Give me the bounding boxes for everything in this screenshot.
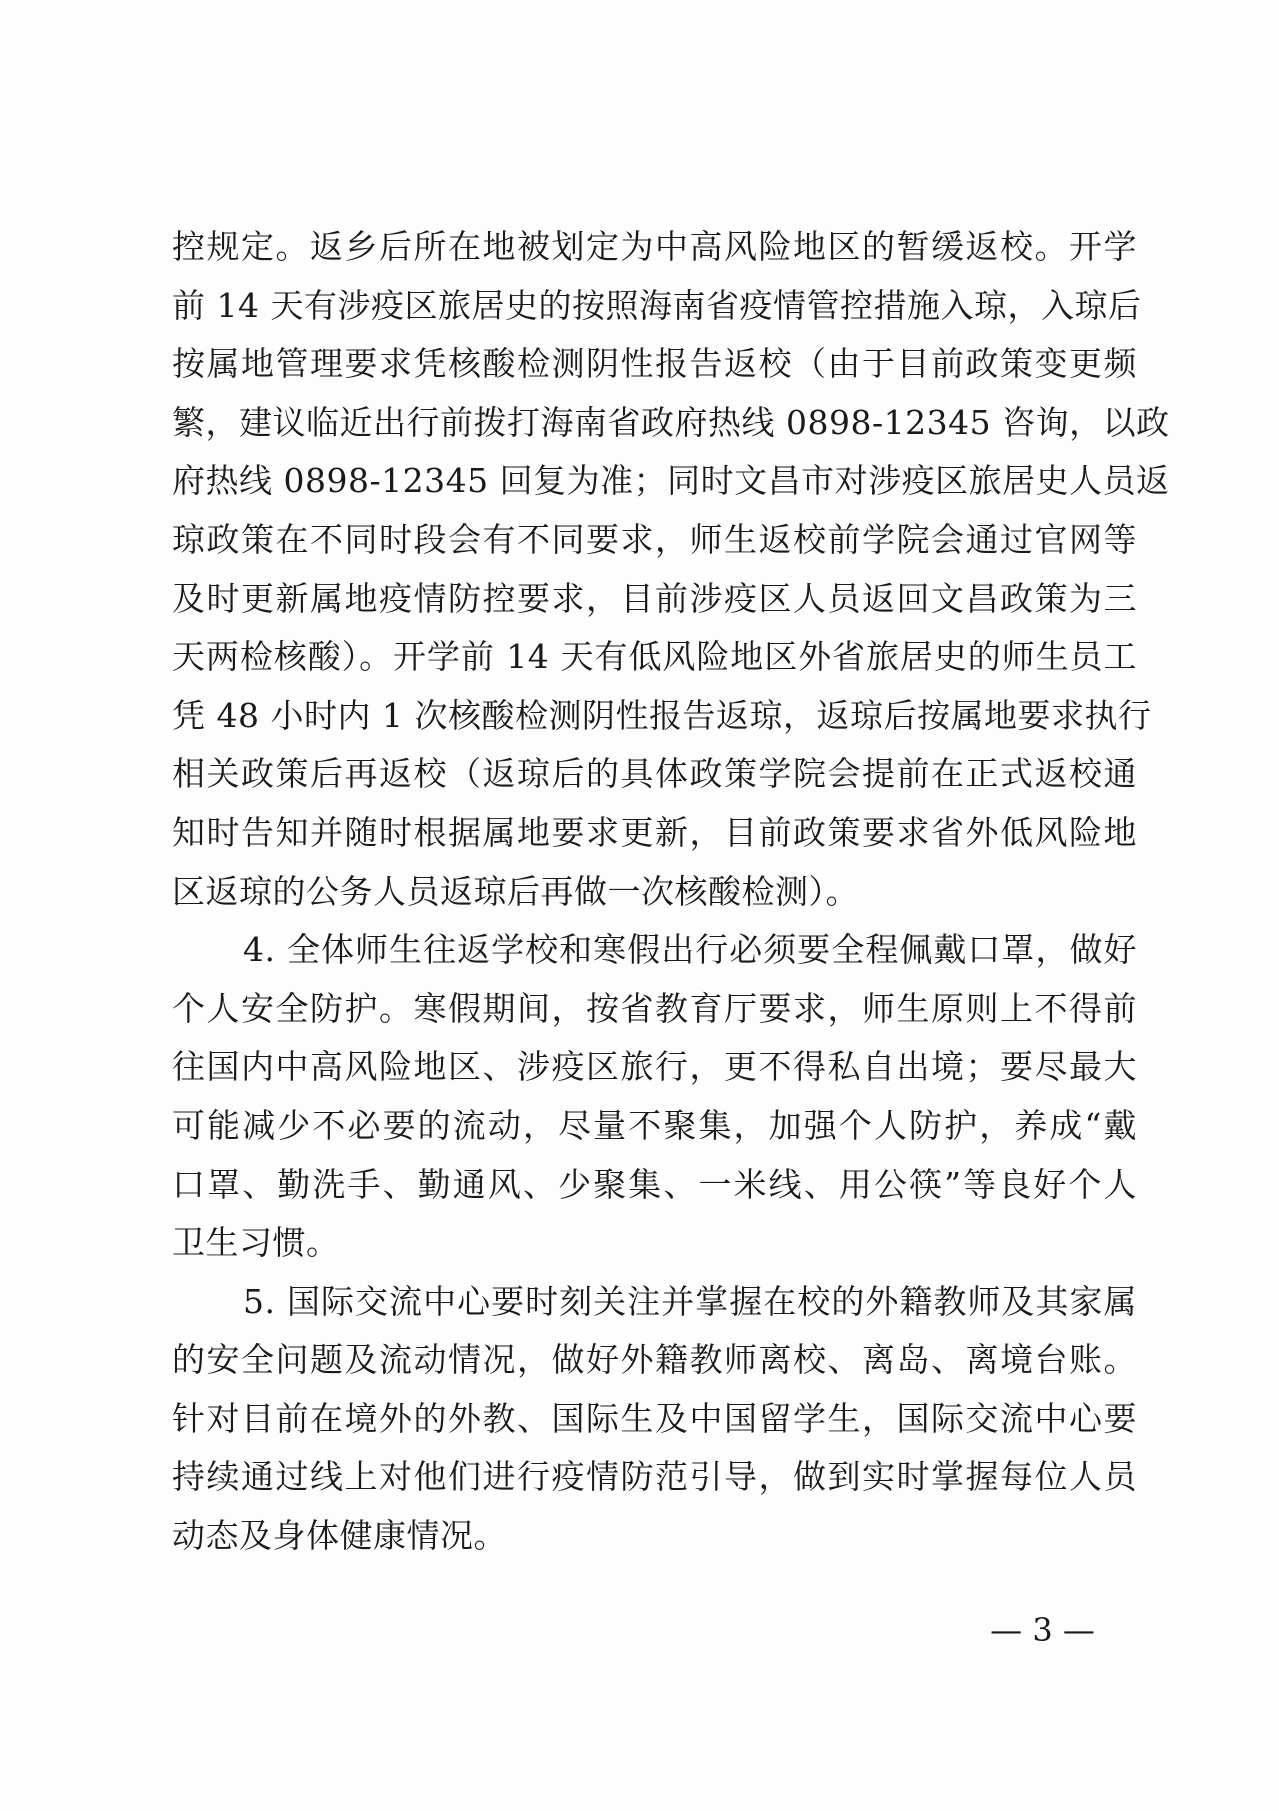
text-line: 府热线 0898-12345 回复为准；同时文昌市对涉疫区旅居史人员返 [172,452,1137,511]
text-line: 卫生习惯。 [172,1214,1137,1273]
text-line: 控规定。返乡后所在地被划定为中高风险地区的暂缓返校。开学 [172,218,1137,277]
text-line: 针对目前在境外的外教、国际生及中国留学生，国际交流中心要 [172,1390,1137,1449]
text-line: 及时更新属地疫情防控要求，目前涉疫区人员返回文昌政策为三 [172,570,1137,629]
text-line: 动态及身体健康情况。 [172,1507,1137,1566]
text-line: 往国内中高风险地区、涉疫区旅行，更不得私自出境；要尽最大 [172,1038,1137,1097]
text-line: 区返琼的公务人员返琼后再做一次核酸检测）。 [172,863,1137,922]
text-line: 凭 48 小时内 1 次核酸检测阴性报告返琼，返琼后按属地要求执行 [172,687,1137,746]
text-line: 口罩、勤洗手、勤通风、少聚集、一米线、用公筷”等良好个人 [172,1156,1137,1215]
text-line: 可能减少不必要的流动，尽量不聚集，加强个人防护，养成“戴 [172,1097,1137,1156]
text-line: 知时告知并随时根据属地要求更新，目前政策要求省外低风险地 [172,804,1137,863]
paragraph-item-5: 5. 国际交流中心要时刻关注并掌握在校的外籍教师及其家属 的安全问题及流动情况，… [172,1273,1137,1566]
body-text: 控规定。返乡后所在地被划定为中高风险地区的暂缓返校。开学 前 14 天有涉疫区旅… [172,218,1137,1566]
text-line: 琼政策在不同时段会有不同要求，师生返校前学院会通过官网等 [172,511,1137,570]
paragraph-item-4: 4. 全体师生往返学校和寒假出行必须要全程佩戴口罩，做好 个人安全防护。寒假期间… [172,921,1137,1273]
text-line: 持续通过线上对他们进行疫情防范引导，做到实时掌握每位人员 [172,1448,1137,1507]
paragraph-continued: 控规定。返乡后所在地被划定为中高风险地区的暂缓返校。开学 前 14 天有涉疫区旅… [172,218,1137,921]
text-line: 相关政策后再返校（返琼后的具体政策学院会提前在正式返校通 [172,745,1137,804]
page-number: — 3 — [985,1608,1100,1652]
text-line: 个人安全防护。寒假期间，按省教育厅要求，师生原则上不得前 [172,980,1137,1039]
text-line: 5. 国际交流中心要时刻关注并掌握在校的外籍教师及其家属 [172,1273,1137,1332]
text-line: 繁，建议临近出行前拨打海南省政府热线 0898-12345 咨询，以政 [172,394,1137,453]
text-line: 4. 全体师生往返学校和寒假出行必须要全程佩戴口罩，做好 [172,921,1137,980]
text-line: 天两检核酸）。开学前 14 天有低风险地区外省旅居史的师生员工 [172,628,1137,687]
text-line: 按属地管理要求凭核酸检测阴性报告返校（由于目前政策变更频 [172,335,1137,394]
text-line: 的安全问题及流动情况，做好外籍教师离校、离岛、离境台账。 [172,1331,1137,1390]
document-page: 控规定。返乡后所在地被划定为中高风险地区的暂缓返校。开学 前 14 天有涉疫区旅… [0,0,1279,1811]
text-line: 前 14 天有涉疫区旅居史的按照海南省疫情管控措施入琼，入琼后 [172,277,1137,336]
